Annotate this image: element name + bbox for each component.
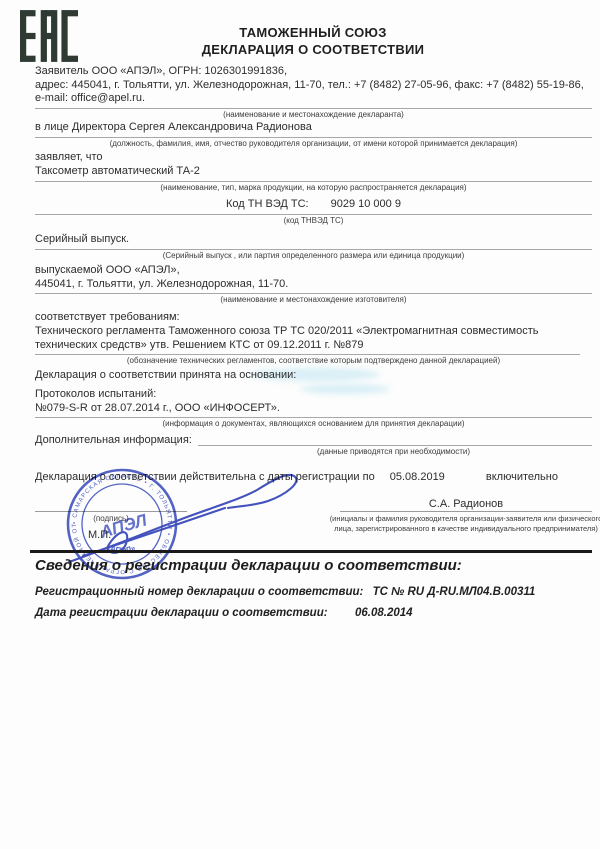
- manufacturer-field: выпускаемой ООО «АПЭЛ», 445041, г. Толья…: [35, 264, 592, 305]
- registration-date-label: Дата регистрации декларации о соответств…: [35, 607, 328, 619]
- tnved-value: 9029 10 000 9: [331, 198, 401, 212]
- section-divider: [30, 550, 592, 553]
- compliance-label: соответствует требованиям:: [35, 311, 592, 325]
- serial-caption: (Серийный выпуск , или партия определенн…: [35, 250, 592, 261]
- director-field: в лице Директора Сергея Александровича Р…: [35, 121, 592, 149]
- additional-blank-line: [198, 432, 592, 446]
- registration-date-line: Дата регистрации декларации о соответств…: [35, 607, 592, 619]
- validity-date: 05.08.2019: [390, 471, 445, 483]
- registration-date-value: 06.08.2014: [355, 607, 413, 619]
- declares-text: заявляет, что: [35, 151, 592, 165]
- manufacturer-line1: выпускаемой ООО «АПЭЛ»,: [35, 264, 592, 278]
- registration-heading: Сведения о регистрации декларации о соот…: [35, 557, 592, 574]
- compliance-field: Технического регламента Таможенного союз…: [35, 325, 592, 366]
- product-value: Таксометр автоматический ТА-2: [35, 165, 592, 182]
- director-caption: (должность, фамилия, имя, отчество руков…: [35, 138, 592, 149]
- compliance-caption: (обозначение технических регламентов, со…: [35, 355, 592, 366]
- basis-line1: Протоколов испытаний:: [35, 388, 592, 402]
- tnved-label: Код ТН ВЭД ТС:: [226, 198, 309, 212]
- registration-number-line: Регистрационный номер декларации о соотв…: [35, 586, 592, 598]
- additional-caption: (данные приводятся при необходимости): [195, 446, 592, 457]
- declarant-line1: Заявитель ООО «АПЭЛ», ОГРН: 102630199183…: [35, 65, 592, 79]
- declarant-field: Заявитель ООО «АПЭЛ», ОГРН: 102630199183…: [35, 65, 592, 120]
- document-title: ТАМОЖЕННЫЙ СОЮЗ ДЕКЛАРАЦИЯ О СООТВЕТСТВИ…: [36, 24, 590, 58]
- additional-label: Дополнительная информация:: [35, 434, 198, 446]
- compliance-value: Технического регламента Таможенного союз…: [35, 325, 580, 355]
- manufacturer-caption: (наименование и местонахождение изготови…: [35, 294, 592, 305]
- signatory-caption: (инициалы и фамилия руководителя организ…: [320, 514, 600, 533]
- validity-suffix: включительно: [486, 471, 558, 483]
- signatory-name: С.А. Радионов: [340, 498, 592, 512]
- declarant-caption: (наименование и местонахождение декларан…: [35, 109, 592, 120]
- product-field: Таксометр автоматический ТА-2 (наименова…: [35, 165, 592, 193]
- product-caption: (наименование, тип, марка продукции, на …: [35, 182, 592, 193]
- basis-line2: №079-S-R от 28.07.2014 г., ООО «ИНФОСЕРТ…: [35, 402, 592, 416]
- basis-label: Декларация о соответствии принята на осн…: [35, 369, 592, 383]
- basis-caption: (информация о документах, являющихся осн…: [35, 418, 592, 429]
- basis-field: Протоколов испытаний: №079-S-R от 28.07.…: [35, 388, 592, 429]
- tnved-field: Код ТН ВЭД ТС: 9029 10 000 9 (код ТНВЭД …: [35, 198, 592, 226]
- registration-number-label: Регистрационный номер декларации о соотв…: [35, 586, 363, 598]
- director-value: в лице Директора Сергея Александровича Р…: [35, 121, 592, 138]
- tnved-caption: (код ТНВЭД ТС): [35, 215, 592, 226]
- declaration-document: ТАМОЖЕННЫЙ СОЮЗ ДЕКЛАРАЦИЯ О СООТВЕТСТВИ…: [0, 0, 600, 849]
- declarant-line2: адрес: 445041, г. Тольятти, ул. Железнод…: [35, 79, 592, 106]
- title-line-1: ТАМОЖЕННЫЙ СОЮЗ: [36, 24, 590, 41]
- additional-field: Дополнительная информация: (данные приво…: [35, 432, 592, 457]
- serial-value: Серийный выпуск.: [35, 233, 592, 250]
- manufacturer-line2: 445041, г. Тольятти, ул. Железнодорожная…: [35, 278, 592, 292]
- serial-field: Серийный выпуск. (Серийный выпуск , или …: [35, 233, 592, 261]
- registration-number-value: ТС № RU Д-RU.МЛ04.В.00311: [373, 586, 536, 598]
- title-line-2: ДЕКЛАРАЦИЯ О СООТВЕТСТВИИ: [36, 41, 590, 58]
